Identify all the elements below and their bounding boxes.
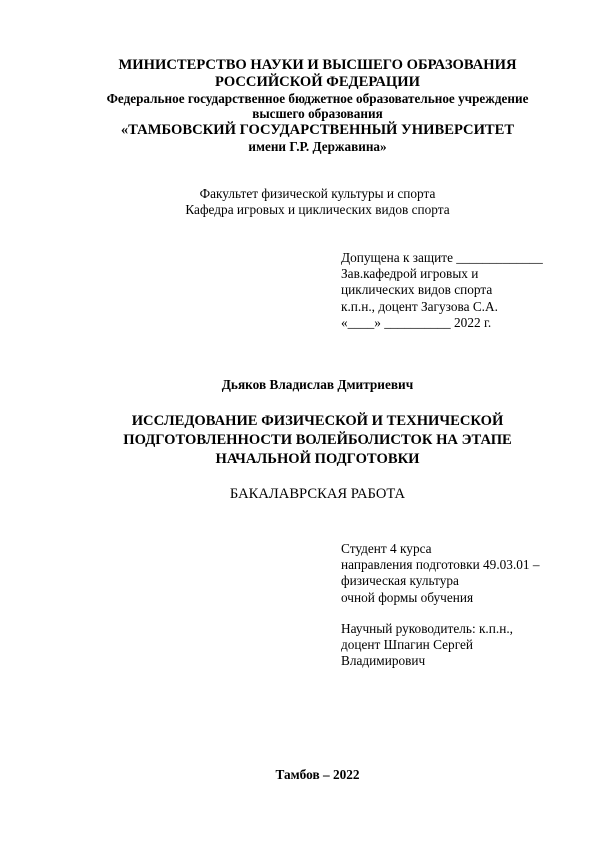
title-line-3: НАЧАЛЬНОЙ ПОДГОТОВКИ (60, 450, 575, 469)
student-line-2: направления подготовки 49.03.01 – (341, 557, 581, 573)
institution-line-1: Федеральное государственное бюджетное об… (60, 91, 575, 106)
faculty-name: Факультет физической культуры и спорта (60, 186, 575, 202)
approval-line-1: Допущена к защите _____________ (341, 250, 581, 266)
thesis-title: ИССЛЕДОВАНИЕ ФИЗИЧЕСКОЙ И ТЕХНИЧЕСКОЙ ПО… (60, 412, 575, 469)
university-line-2: имени Г.Р. Державина» (60, 139, 575, 155)
institution-header: МИНИСТЕРСТВО НАУКИ И ВЫСШЕГО ОБРАЗОВАНИЯ… (60, 57, 575, 155)
student-line-4: очной формы обучения (341, 590, 581, 606)
supervisor-line-1: Научный руководитель: к.п.н., (341, 621, 581, 637)
approval-date-line: «____» __________ 2022 г. (341, 315, 581, 331)
approval-line-4: к.п.н., доцент Загузова С.А. (341, 299, 581, 315)
university-line-1: «ТАМБОВСКИЙ ГОСУДАРСТВЕННЫЙ УНИВЕРСИТЕТ (60, 121, 575, 139)
approval-block: Допущена к защите _____________ Зав.кафе… (341, 250, 581, 331)
supervisor-block: Научный руководитель: к.п.н., доцент Шпа… (341, 621, 581, 670)
institution-line-2: высшего образования (60, 106, 575, 121)
city-year-footer: Тамбов – 2022 (60, 767, 575, 783)
supervisor-line-3: Владимирович (341, 653, 581, 669)
ministry-line-2: РОССИЙСКОЙ ФЕДЕРАЦИИ (60, 74, 575, 91)
title-line-2: ПОДГОТОВЛЕННОСТИ ВОЛЕЙБОЛИСТОК НА ЭТАПЕ (60, 431, 575, 450)
approval-line-3: циклических видов спорта (341, 282, 581, 298)
chair-name: Кафедра игровых и циклических видов спор… (60, 202, 575, 218)
department-block: Факультет физической культуры и спорта К… (60, 186, 575, 218)
title-line-1: ИССЛЕДОВАНИЕ ФИЗИЧЕСКОЙ И ТЕХНИЧЕСКОЙ (60, 412, 575, 431)
student-line-1: Студент 4 курса (341, 541, 581, 557)
student-line-3: физическая культура (341, 573, 581, 589)
approval-line-2: Зав.кафедрой игровых и (341, 266, 581, 282)
work-type: БАКАЛАВРСКАЯ РАБОТА (60, 485, 575, 503)
student-info-block: Студент 4 курса направления подготовки 4… (341, 541, 581, 606)
author-name: Дьяков Владислав Дмитриевич (60, 377, 575, 393)
supervisor-line-2: доцент Шпагин Сергей (341, 637, 581, 653)
ministry-line-1: МИНИСТЕРСТВО НАУКИ И ВЫСШЕГО ОБРАЗОВАНИЯ (60, 57, 575, 74)
document-page: МИНИСТЕРСТВО НАУКИ И ВЫСШЕГО ОБРАЗОВАНИЯ… (0, 0, 595, 841)
